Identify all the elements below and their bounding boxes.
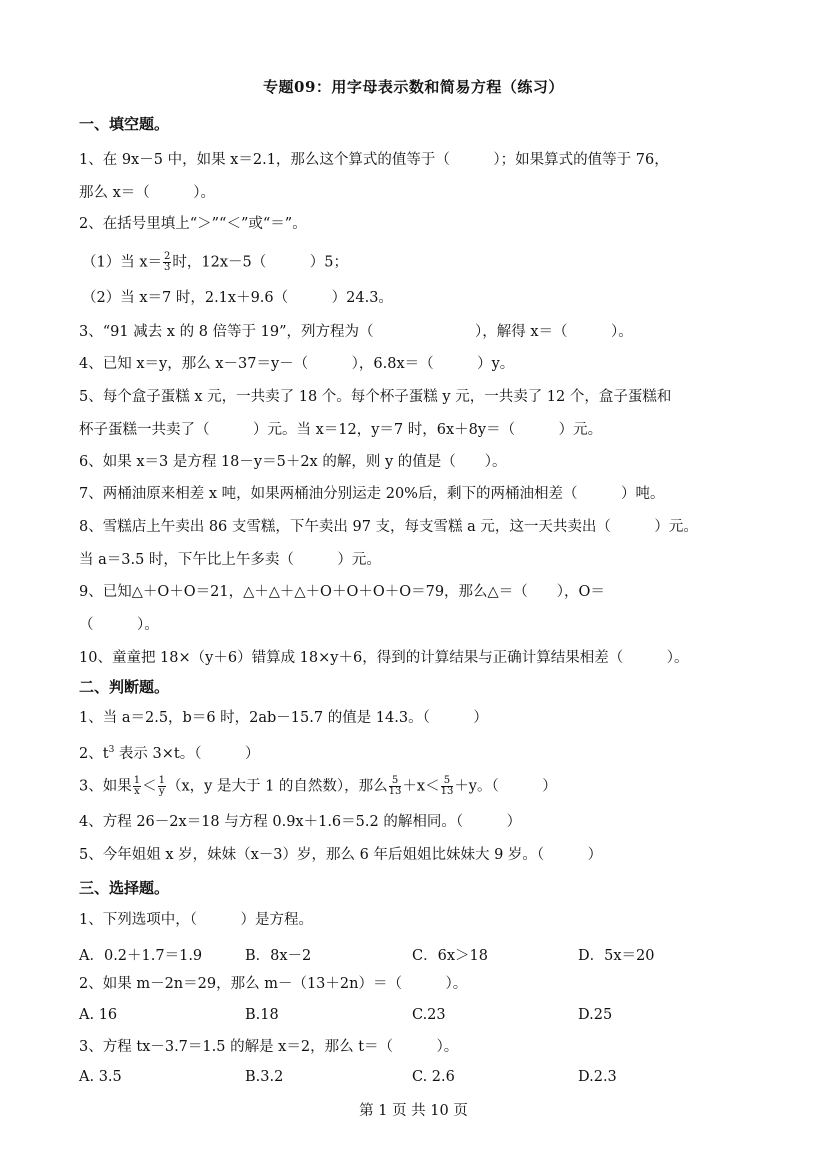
option-d: D．5x＝20 [578, 944, 654, 965]
option-b: B.18 [245, 1007, 279, 1023]
question-line: 6、如果 x＝3 是方程 18－y＝5＋2x 的解，则 y 的值是（ ）。 [79, 452, 507, 472]
option-d: D.25 [578, 1007, 612, 1023]
less-than: ＜ [142, 779, 157, 795]
question-line: 7、两桶油原来相差 x 吨，如果两桶油分别运走 20%后，剩下的两桶油相差（ ）… [79, 484, 664, 504]
section-heading-choice: 三、选择题。 [79, 877, 169, 898]
fraction-denominator: 13 [389, 787, 402, 797]
question-line: 2、在括号里填上“＞”“＜”或“＝”。 [79, 214, 307, 234]
option-b: B.3.2 [245, 1069, 283, 1085]
question-line: 5、每个盒子蛋糕 x 元，一共卖了 18 个。每个杯子蛋糕 y 元，一共卖了 1… [79, 387, 671, 407]
fraction-denominator: x [133, 787, 141, 797]
question-line: 2、t3 表示 3×t。（ ） [79, 740, 259, 764]
option-a: A．0.2＋1.7＝1.9 [79, 944, 202, 965]
fraction-denominator: y [158, 787, 166, 797]
section-heading-fill-blank: 一、填空题。 [79, 113, 169, 134]
question-line: 1、当 a＝2.5，b＝6 时，2ab－15.7 的值是 14.3。（ ） [79, 708, 488, 728]
text-segment: ＋x＜ [402, 779, 439, 795]
text-segment: （x，y 是大于 1 的自然数），那么 [167, 779, 388, 795]
question-line: 9、已知△＋O＋O＝21，△＋△＋△＋O＋O＋O＋O＝79，那么△＝（ ），O＝ [79, 582, 605, 602]
fraction-2-3: 23 [163, 252, 171, 273]
option-c: C.23 [412, 1007, 446, 1023]
page-title: 专题09：用字母表示数和简易方程（练习） [0, 76, 827, 97]
question-line: 1、在 9x－5 中，如果 x＝2.1，那么这个算式的值等于（ ）；如果算式的值… [79, 150, 669, 170]
question-line: 2、如果 m－2n＝29，那么 m－（13＋2n）＝（ ）。 [79, 974, 467, 994]
fraction-1-x: 1x [133, 776, 141, 797]
question-line: 8、雪糕店上午卖出 86 支雪糕，下午卖出 97 支，每支雪糕 a 元，这一天共… [79, 517, 698, 537]
question-line: （1）当 x＝23时，12x－5（ ）5； [82, 252, 348, 273]
option-d: D.2.3 [578, 1069, 617, 1085]
question-line: 3、“91 减去 x 的 8 倍等于 19”，列方程为（ ），解得 x＝（ ）。 [79, 322, 633, 342]
option-a: A. 3.5 [79, 1069, 122, 1085]
question-line: 10、童童把 18×（y＋6）错算成 18×y＋6，得到的计算结果与正确计算结果… [79, 648, 688, 668]
question-line: 当 a＝3.5 时，下午比上午多卖（ ）元。 [79, 550, 381, 570]
question-line: 4、方程 26－2x＝18 与方程 0.9x＋1.6＝5.2 的解相同。（ ） [79, 812, 521, 832]
section-heading-judge: 二、判断题。 [79, 676, 169, 697]
option-b: B．8x－2 [245, 944, 311, 965]
question-line: 1、下列选项中，（ ）是方程。 [79, 910, 313, 930]
question-line: 5、今年姐姐 x 岁，妹妹（x－3）岁，那么 6 年后姐姐比妹妹大 9 岁。（ … [79, 845, 602, 865]
option-c: C. 2.6 [412, 1069, 455, 1085]
text-segment: 2、t [79, 746, 109, 762]
document-page: 专题09：用字母表示数和简易方程（练习） 一、填空题。 1、在 9x－5 中，如… [0, 0, 827, 1169]
text-segment: 表示 3×t。（ ） [114, 746, 259, 762]
option-a: A. 16 [79, 1007, 117, 1023]
text-segment: 时，12x－5（ ）5； [172, 255, 348, 271]
question-line: 3、如果1x＜1y（x，y 是大于 1 的自然数），那么513＋x＜513＋y。… [79, 776, 557, 797]
question-line: 3、方程 tx－3.7＝1.5 的解是 x＝2，那么 t＝（ ）。 [79, 1037, 458, 1057]
question-line: 4、已知 x＝y，那么 x－37＝y－（ ），6.8x＝（ ）y。 [79, 354, 514, 374]
fraction-5-13: 513 [389, 776, 402, 797]
fraction-1-y: 1y [158, 776, 166, 797]
page-footer: 第 1 页 共 10 页 [0, 1099, 827, 1120]
text-segment: 3、如果 [79, 779, 132, 795]
fraction-denominator: 3 [163, 263, 171, 273]
fraction-denominator: 13 [441, 787, 454, 797]
question-line: （ ）。 [79, 615, 159, 635]
question-line: 杯子蛋糕一共卖了（ ）元。当 x＝12，y＝7 时，6x＋8y＝（ ）元。 [79, 420, 602, 440]
option-c: C．6x＞18 [412, 944, 488, 965]
fraction-5-13: 513 [441, 776, 454, 797]
text-segment: （1）当 x＝ [82, 255, 162, 271]
question-line: （2）当 x＝7 时，2.1x＋9.6（ ）24.3。 [82, 288, 393, 308]
question-line: 那么 x＝（ ）。 [79, 183, 215, 203]
text-segment: ＋y。（ ） [454, 779, 556, 795]
